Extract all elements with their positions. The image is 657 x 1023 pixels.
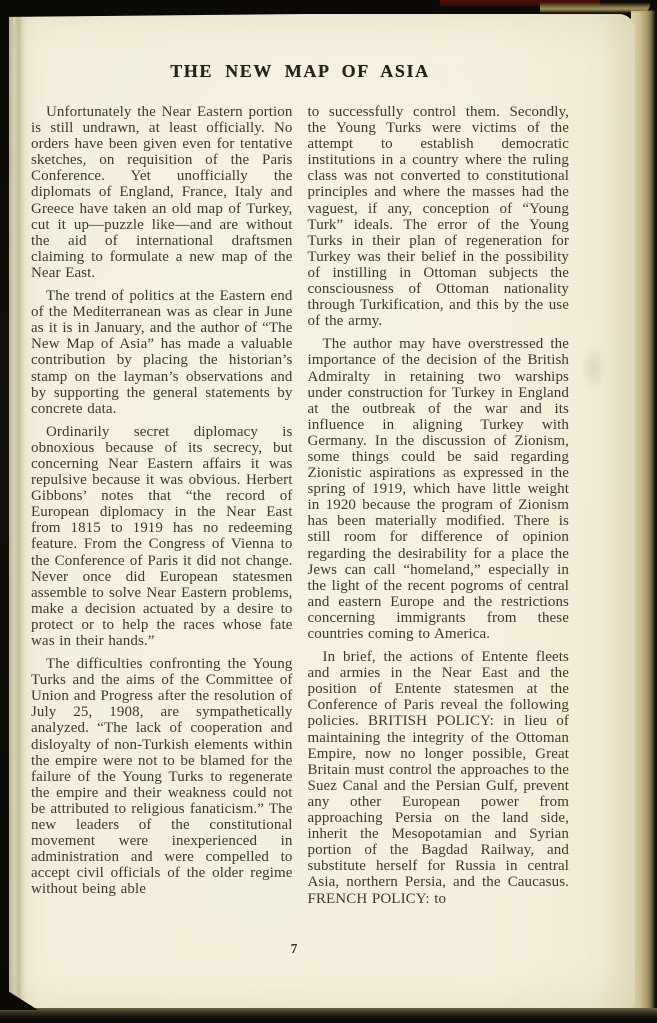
- book-page: THE NEW MAP OF ASIA Unfortunately the Ne…: [9, 14, 635, 1009]
- bottom-board-edge: [0, 1008, 657, 1023]
- book-spine-edge: [0, 0, 9, 1023]
- left-column: Unfortunately the Near Eastern portion i…: [31, 104, 293, 914]
- top-corner-gilt-streak: [540, 1, 650, 14]
- right-column: to successfully control them. Secondly, …: [308, 104, 570, 914]
- paragraph: Unfortunately the Near Eastern portion i…: [31, 104, 293, 281]
- paragraph: The difficulties confronting the Young T…: [31, 656, 293, 897]
- paragraph: Ordinarily secret diplomacy is obnoxious…: [31, 424, 293, 649]
- text-columns: Unfortunately the Near Eastern portion i…: [31, 104, 569, 914]
- paragraph: The author may have overstressed the imp…: [308, 336, 570, 642]
- page-number: 7: [279, 941, 309, 957]
- paragraph: In brief, the actions of Entente fleets …: [308, 649, 570, 907]
- paragraph: to successfully control them. Secondly, …: [308, 104, 570, 329]
- scanned-book-photo: THE NEW MAP OF ASIA Unfortunately the Ne…: [0, 0, 657, 1023]
- page-content: THE NEW MAP OF ASIA Unfortunately the Ne…: [9, 14, 635, 914]
- paragraph: The trend of politics at the Eastern end…: [31, 288, 293, 417]
- page-title: THE NEW MAP OF ASIA: [31, 61, 569, 82]
